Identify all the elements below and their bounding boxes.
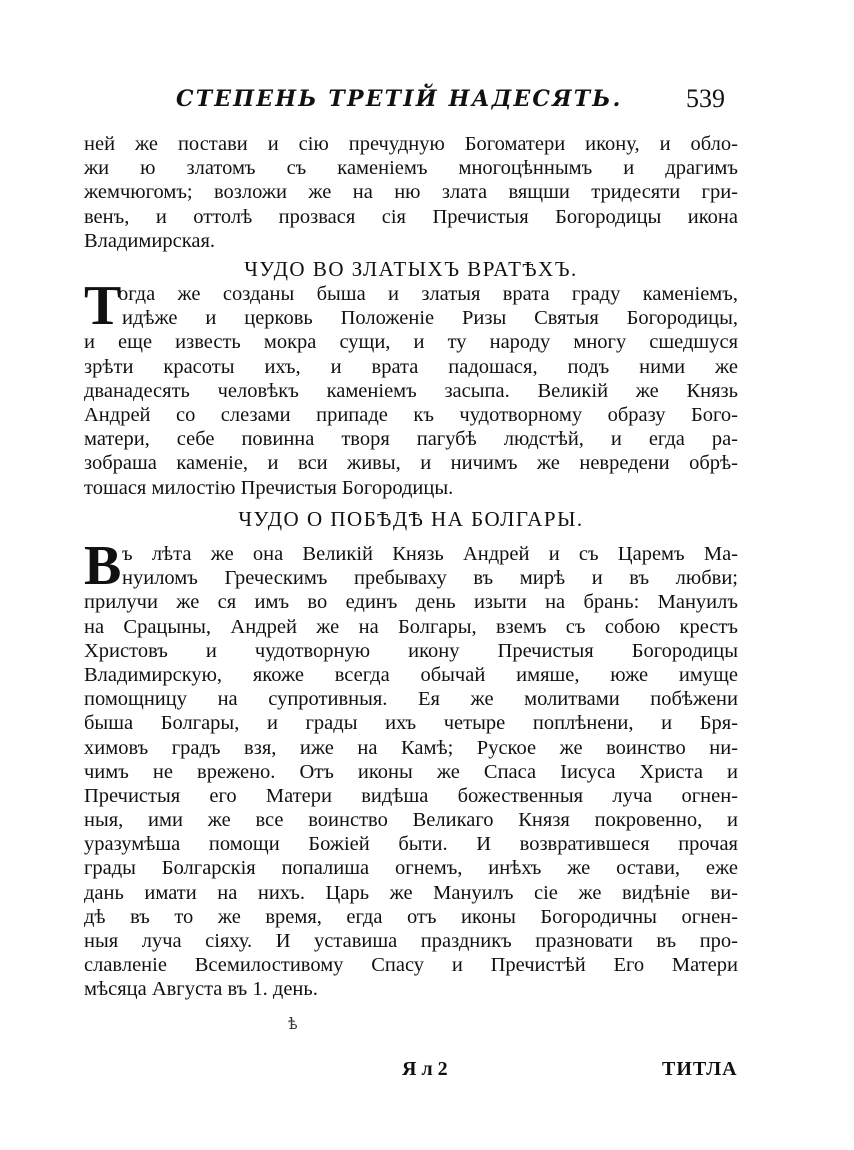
text-line: быша Болгары, и грады ихъ четыре поплѣне…	[84, 711, 738, 735]
text-line: прилучи же ся имъ во единъ день изыти на…	[84, 590, 738, 614]
text-line: тошася милостію Пречистыя Богородицы.	[84, 476, 738, 500]
text-line: грады Болгарскія попалиша огнемъ, инѣхъ …	[84, 856, 738, 880]
text-line: уразумѣша помощи Божіей быти. И возврати…	[84, 832, 738, 856]
text-line: и еще известь мокра сущи, и ту народу мн…	[84, 330, 738, 354]
section-paragraph-victory-over-bulgars: ъ лѣта же она Великій Князь Андрей и съ …	[84, 542, 738, 1002]
text-line: Владимирская.	[84, 229, 738, 253]
text-line: на Срацыны, Андрей же на Болгары, вземъ …	[84, 615, 738, 639]
text-line: помощницу на супротивныя. Ея же молитвам…	[84, 687, 738, 711]
text-line: ныя луча сіяху. И уставиша праздникъ пра…	[84, 929, 738, 953]
text-line: жи ю златомъ съ каменіемъ многоцѣннымъ и…	[84, 156, 738, 180]
section-heading-victory-over-bulgars: ЧУДО О ПОБѢДѢ НА БОЛГАРЫ.	[84, 507, 738, 532]
page-number: 539	[686, 84, 725, 114]
text-line: химовъ градъ взя, иже на Камѣ; Руское же…	[84, 736, 738, 760]
text-line: огда же созданы быша и златыя врата град…	[84, 282, 738, 306]
running-head: СТЕПЕНЬ ТРЕТІЙ НАДЕСЯТЬ. 539	[176, 84, 746, 120]
text-line: ней же постави и сію пречудную Богоматер…	[84, 132, 738, 156]
text-line: зрѣти красоты ихъ, и врата падошася, под…	[84, 355, 738, 379]
text-line: Андрей со слезами припаде къ чудотворном…	[84, 403, 738, 427]
section-paragraph-golden-gates: огда же созданы быша и златыя врата град…	[84, 282, 738, 500]
text-line: нуиломъ Греческимъ пребываху въ мирѣ и в…	[84, 566, 738, 590]
text-line: ъ лѣта же она Великій Князь Андрей и съ …	[84, 542, 738, 566]
section-heading-golden-gates: ЧУДО ВО ЗЛАТЫХЪ ВРАТѢХЪ.	[84, 257, 738, 282]
text-line: мѣсяца Августа въ 1. день.	[84, 977, 738, 1001]
text-line: зобраша каменіе, и вси живы, и ничимъ же…	[84, 451, 738, 475]
text-line: дѣ въ то же время, егда отъ иконы Богоро…	[84, 905, 738, 929]
book-page: СТЕПЕНЬ ТРЕТІЙ НАДЕСЯТЬ. 539 ней же пост…	[0, 0, 854, 1150]
text-line: славленіе Всемилостивому Спасу и Пречист…	[84, 953, 738, 977]
catchword: ТИТЛА	[662, 1058, 738, 1081]
signature-mark: Я л 2	[402, 1058, 448, 1081]
text-line: идѣже и церковь Положеніе Ризы Святыя Бо…	[84, 306, 738, 330]
running-title: СТЕПЕНЬ ТРЕТІЙ НАДЕСЯТЬ.	[176, 86, 623, 112]
text-line: матери, себе повинна творя пагубѣ людстѣ…	[84, 427, 738, 451]
text-line: Христовъ и чудотворную икону Пречистыя Б…	[84, 639, 738, 663]
text-line: чимъ не врежено. Отъ иконы же Спаса Іису…	[84, 760, 738, 784]
text-line: венъ, и оттолѣ прозвася сія Пречистыя Бо…	[84, 205, 738, 229]
printer-mark-ornament: ѣ	[288, 1014, 298, 1033]
text-line: Пречистыя его Матери видѣша божественныя…	[84, 784, 738, 808]
text-line: Владимирскую, якоже всегда обычай имяше,…	[84, 663, 738, 687]
text-line: дванадесять человѣкъ каменіемъ засыпа. В…	[84, 379, 738, 403]
continuation-paragraph: ней же постави и сію пречудную Богоматер…	[84, 132, 738, 253]
text-line: жемчюгомъ; возложи же на ню злата вящши …	[84, 180, 738, 204]
text-line: дань имати на нихъ. Царь же Мануилъ сіе …	[84, 881, 738, 905]
text-line: ныя, ими же все воинство Великаго Князя …	[84, 808, 738, 832]
